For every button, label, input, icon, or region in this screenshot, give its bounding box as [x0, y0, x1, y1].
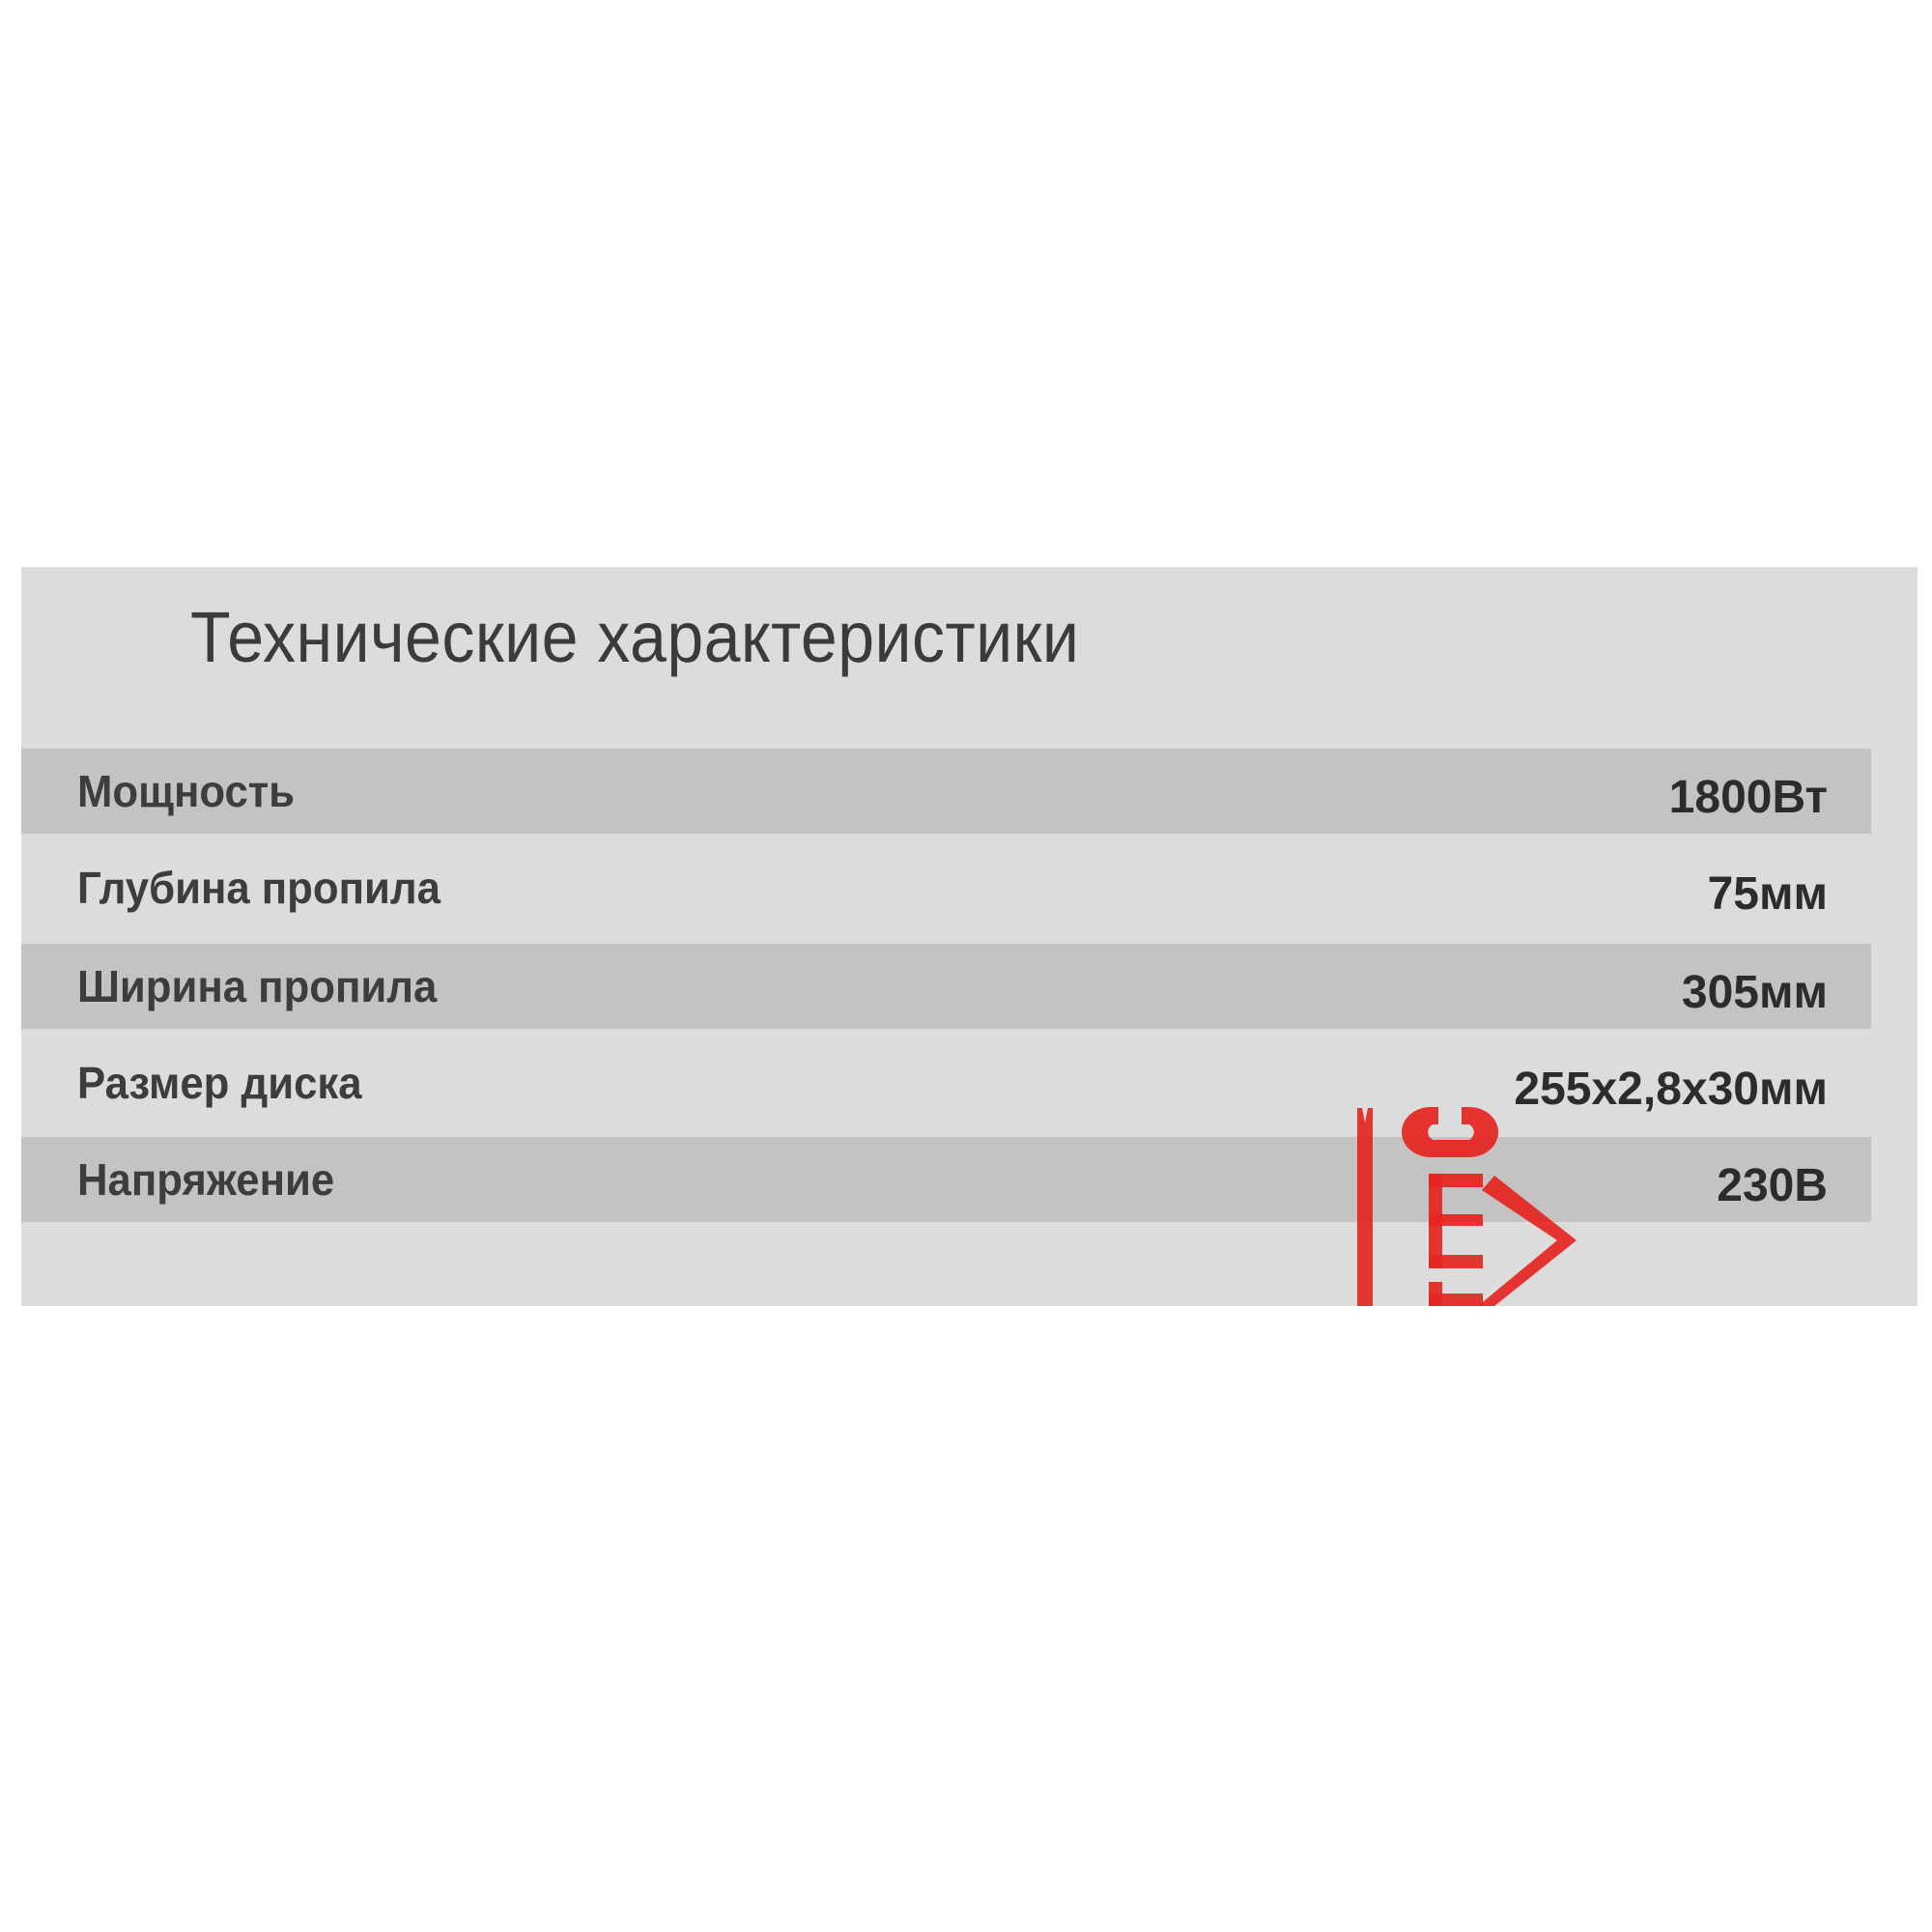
spec-value: 255x2,8x30мм: [1514, 1063, 1828, 1116]
spec-row-disc-size: Размер диска 255x2,8x30мм: [21, 1040, 1871, 1125]
page-title: Технические характеристики: [190, 596, 1079, 678]
spec-row-power: Мощность 1800Вт: [21, 749, 1871, 834]
spec-value: 75мм: [1708, 867, 1828, 921]
spec-label: Мощность: [77, 765, 295, 817]
spec-row-voltage: Напряжение 230В: [21, 1137, 1871, 1222]
spec-label: Глубина пропила: [77, 862, 440, 914]
spec-value: 230В: [1717, 1159, 1828, 1212]
spec-value: 1800Вт: [1669, 771, 1828, 824]
spec-label: Ширина пропила: [77, 960, 437, 1012]
spec-row-cut-depth: Глубина пропила 75мм: [21, 845, 1871, 930]
spec-label: Напряжение: [77, 1153, 334, 1206]
spec-value: 305мм: [1682, 966, 1828, 1019]
spec-row-cut-width: Ширина пропила 305мм: [21, 944, 1871, 1029]
spec-label-card: Технические характеристики Мощность 1800…: [21, 567, 1918, 1306]
spec-label: Размер диска: [77, 1057, 362, 1109]
